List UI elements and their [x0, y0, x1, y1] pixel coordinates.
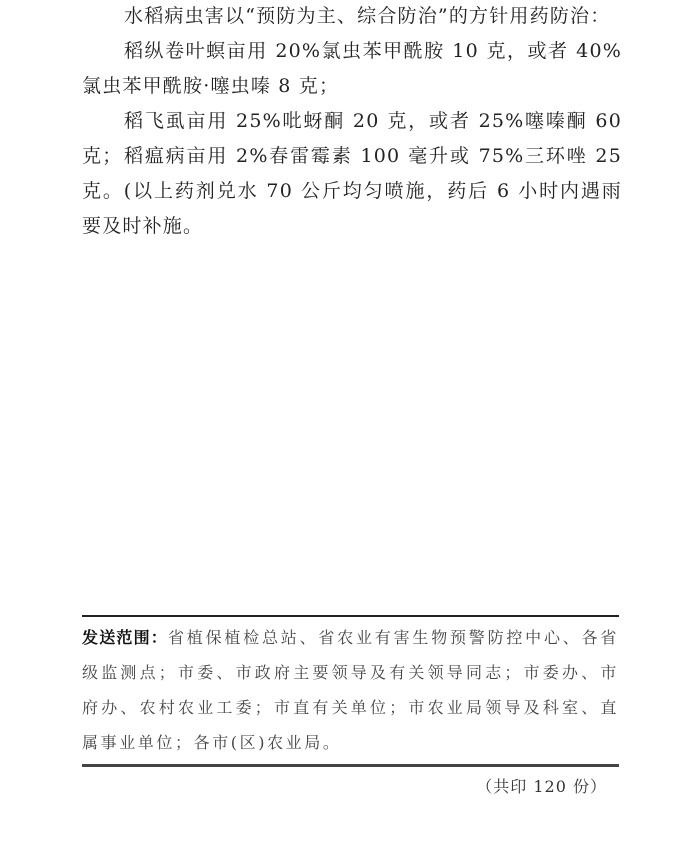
distribution-label: 发送范围：	[82, 628, 168, 647]
paragraph-rice-blast: 稻瘟病亩用 2%春雷霉素 100 毫升或 75%三环唑 25 克。(以上药剂兑水…	[82, 139, 622, 244]
distribution-block: 发送范围：省植保植检总站、省农业有害生物预警防控中心、各省级监测点；市委、市政府…	[82, 620, 619, 760]
paragraph-leaf-roller: 稻纵卷叶螟亩用 20%氯虫苯甲酰胺 10 克，或者 40%氯虫苯甲酰胺·噻虫嗪 …	[82, 34, 622, 104]
divider-bottom	[82, 764, 619, 767]
divider-top	[82, 615, 619, 617]
paragraph-intro: 水稻病虫害以“预防为主、综合防治”的方针用药防治：	[82, 0, 622, 34]
print-copies: （共印 120 份）	[476, 774, 607, 797]
